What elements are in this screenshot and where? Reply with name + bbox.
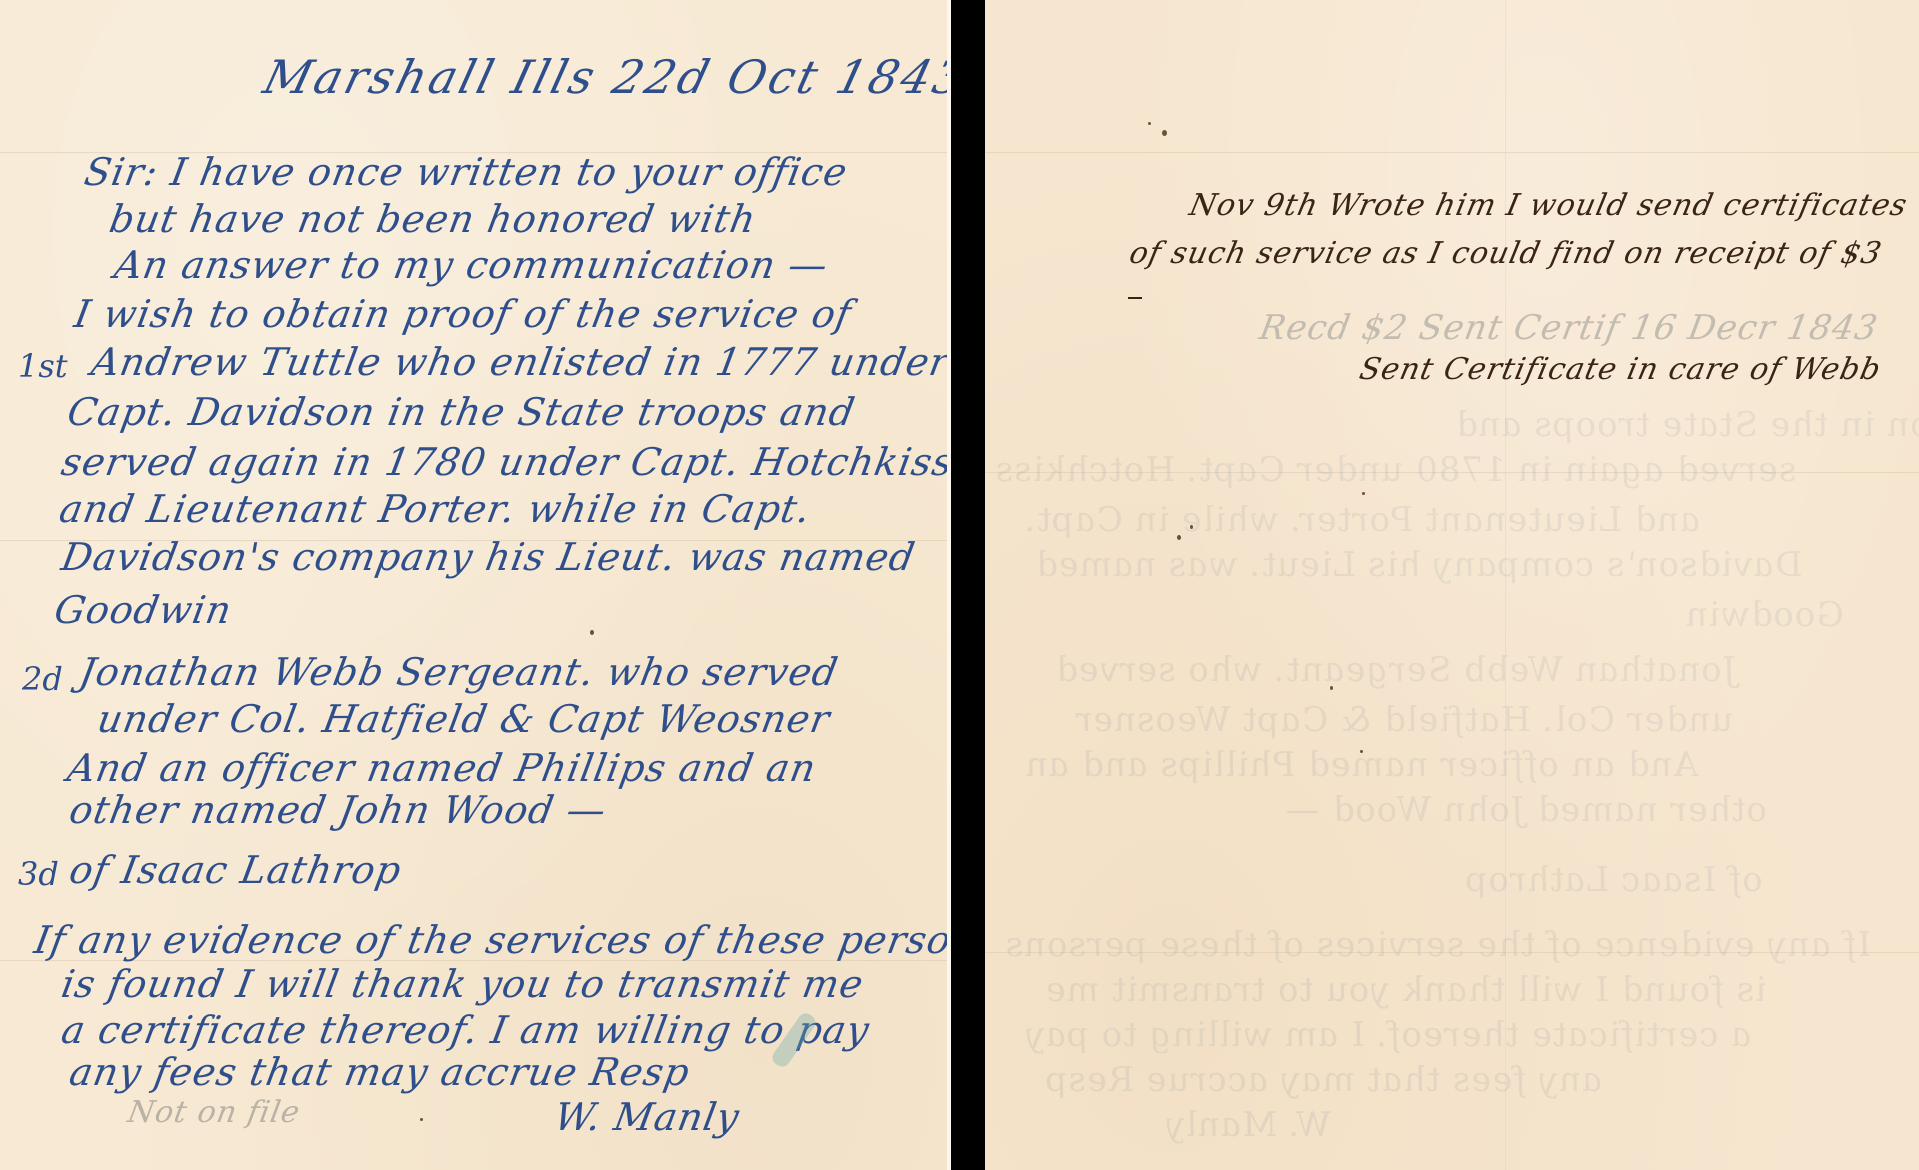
letter-line: but have not been honored with xyxy=(106,197,760,241)
letter-line: of Isaac Lathrop xyxy=(66,848,405,892)
bleed-through-text: any fees that may accrue Resp xyxy=(1041,1060,1606,1100)
letter-line: other named John Wood — xyxy=(66,788,610,832)
letter-line: Capt. Davidson in the State troops and xyxy=(64,390,859,434)
bleed-through-text: Capt. Davidson in the State troops and xyxy=(1451,405,1919,445)
paper-speck xyxy=(420,1118,423,1121)
fold-line xyxy=(985,152,1919,154)
clerk-note-line: Nov 9th Wrote him I would send certifica… xyxy=(1186,188,1911,223)
bleed-through-text: served again in 1780 under Capt. Hotchki… xyxy=(991,450,1800,490)
letter-line: and Lieutenant Porter. while in Capt. xyxy=(56,487,814,531)
pencil-receipt-note: Recd $2 Sent Certif 16 Decr 1843 xyxy=(1256,308,1881,348)
bleed-through-text: and Lieutenant Porter. while in Capt. xyxy=(1021,500,1704,540)
bleed-through-text: Davidson's company his Lieut. was named xyxy=(1031,545,1805,585)
bleed-through-text: of Isaac Lathrop xyxy=(1461,860,1766,900)
signature: W. Manly xyxy=(551,1095,743,1139)
clerk-note-final: Sent Certificate in care of Webb xyxy=(1356,352,1884,387)
letter-line: under Col. Hatfield & Capt Weosner xyxy=(94,697,834,741)
letter-line: Davidson's company his Lieut. was named xyxy=(58,535,919,579)
pencil-note: Not on file xyxy=(125,1095,303,1130)
bleed-through-text: Jonathan Webb Sergeant. who served xyxy=(1051,650,1740,690)
page-divider xyxy=(951,0,985,1170)
clerk-note-line: of such service as I could find on recei… xyxy=(1126,236,1885,271)
letter-line: served again in 1780 under Capt. Hotchki… xyxy=(58,440,947,484)
letter-line: Sir: I have once written to your office xyxy=(81,150,851,194)
letter-line: any fees that may accrue Resp xyxy=(66,1050,693,1094)
paper-speck xyxy=(1330,686,1333,690)
letter-line: Andrew Tuttle who enlisted in 1777 under xyxy=(88,340,947,384)
paper-speck xyxy=(1162,130,1167,136)
bleed-through-text: Goodwin xyxy=(1681,595,1847,635)
right-page: Capt. Davidson in the State troops and s… xyxy=(985,0,1919,1170)
letter-line: is found I will thank you to transmit me xyxy=(58,962,867,1006)
letter-line: An answer to my communication — xyxy=(111,243,832,287)
letter-line: I wish to obtain proof of the service of xyxy=(71,292,855,336)
letter-line: Goodwin xyxy=(51,588,235,632)
paper-speck xyxy=(1362,492,1365,495)
bleed-through-text: other named John Wood — xyxy=(1281,790,1770,830)
letter-line: Jonathan Webb Sergeant. who served xyxy=(76,650,842,694)
item-marker-3: 3d xyxy=(18,855,59,893)
letter-line: a certificate thereof. I am willing to p… xyxy=(58,1008,873,1052)
item-marker-2: 2d xyxy=(22,660,63,698)
paper-speck xyxy=(1190,525,1193,529)
bleed-through-text: a certificate thereof. I am willing to p… xyxy=(1021,1015,1755,1055)
paper-speck xyxy=(1148,122,1151,125)
bleed-through-text: W. Manly xyxy=(1161,1105,1334,1145)
paper-speck xyxy=(1360,750,1363,753)
letter-line: And an officer named Phillips and an xyxy=(64,746,820,790)
paper-speck xyxy=(1177,535,1181,540)
document-viewer: Marshall Ills 22d Oct 1843 Sir: I have o… xyxy=(0,0,1919,1170)
dash-mark xyxy=(1128,297,1142,299)
left-page: Marshall Ills 22d Oct 1843 Sir: I have o… xyxy=(0,0,947,1170)
paper-speck xyxy=(590,630,594,635)
bleed-through-text: If any evidence of the services of these… xyxy=(1001,925,1874,965)
letter-line: If any evidence of the services of these… xyxy=(31,918,947,962)
bleed-through-text: under Col. Hatfield & Capt Weosner xyxy=(1071,700,1736,740)
item-marker-1: 1st xyxy=(18,347,68,385)
bleed-through-text: is found I will thank you to transmit me xyxy=(1041,970,1769,1010)
letter-header-date: Marshall Ills 22d Oct 1843 xyxy=(258,50,947,104)
